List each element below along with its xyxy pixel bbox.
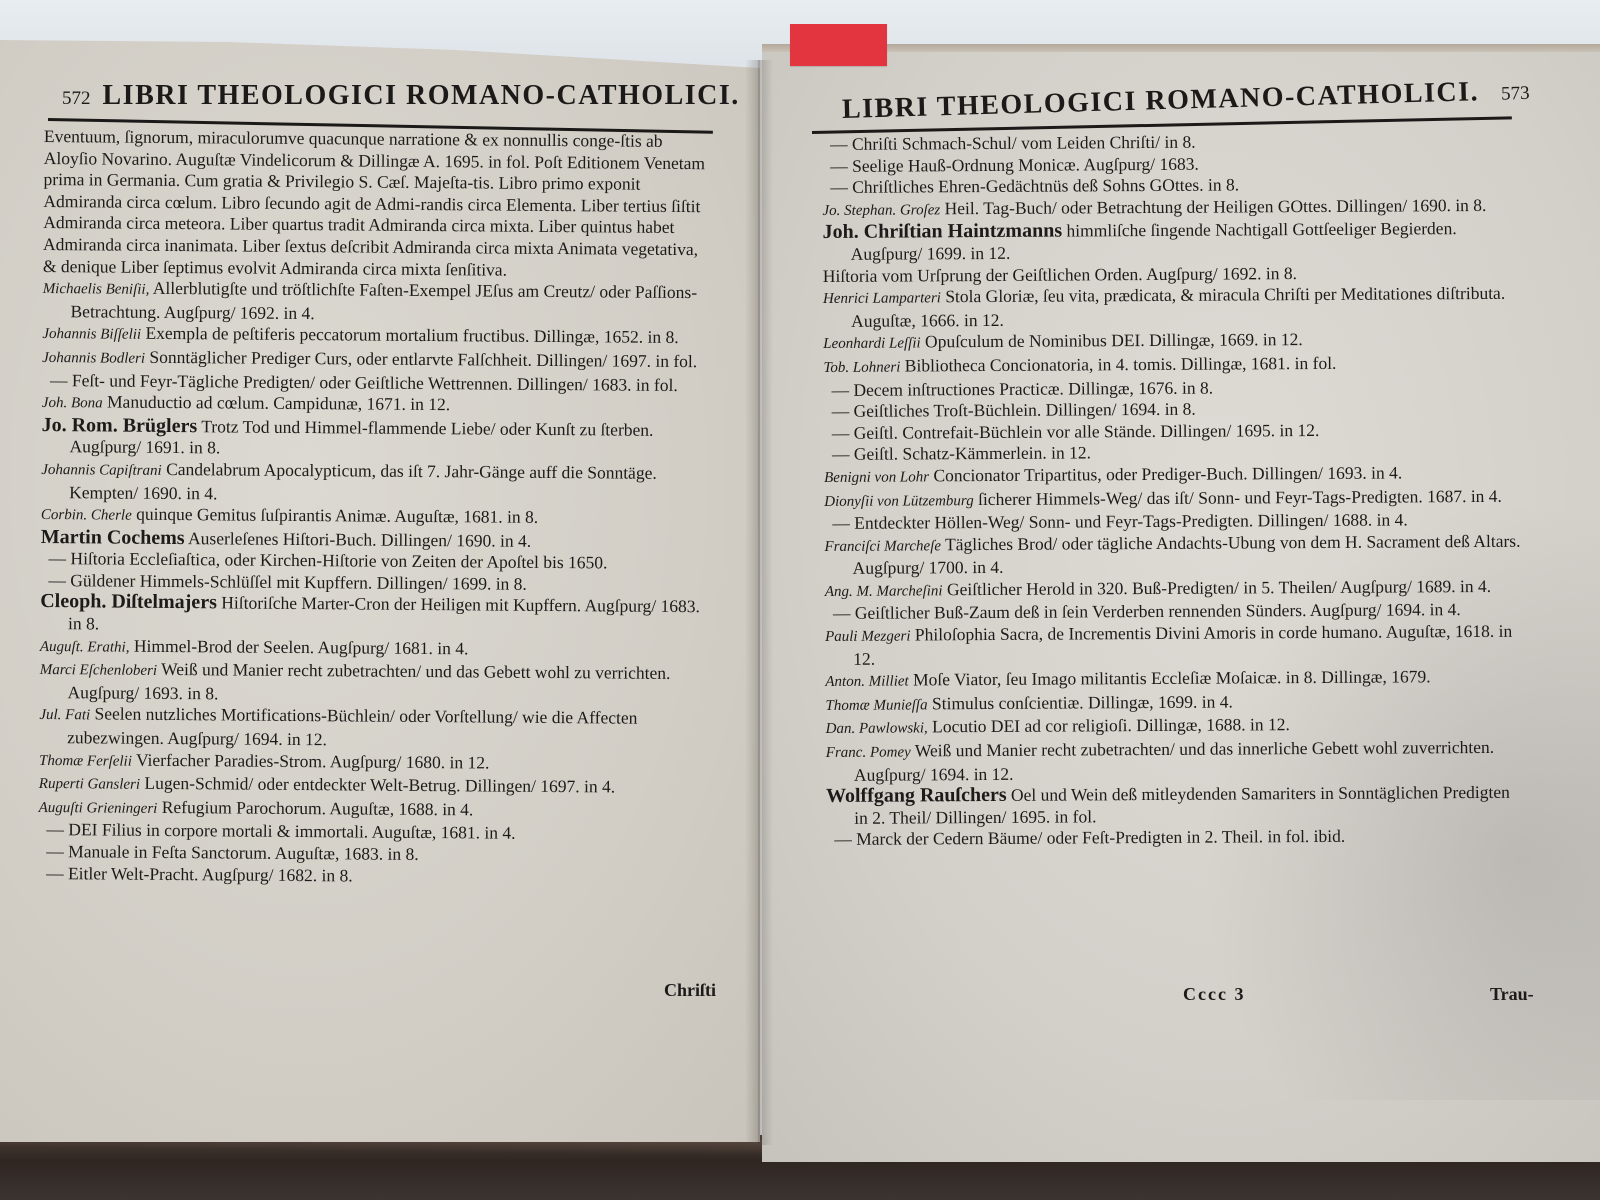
catalog-entry: Joh. Chriſtian Haintzmanns himmliſche ſi…: [823, 218, 1523, 265]
catalog-entry: Franciſci Marcheſe Tägliches Brod/ oder …: [824, 530, 1524, 579]
entry-author: Joh. Bona: [42, 395, 103, 411]
entry-author: Auguſti Grieningeri: [39, 800, 158, 817]
catalog-entry: Cleoph. Diſtelmajers Hiſtoriſche Marter-…: [40, 591, 710, 639]
catalog-entry: Michaelis Beniſii, Allerblutigſte und tr…: [42, 277, 712, 327]
entry-author: Auguſt. Erathi,: [40, 639, 130, 656]
entry-author: Henrici Lamparteri: [823, 290, 941, 307]
entry-title: Stola Gloriæ, ſeu vita, prædicata, & mir…: [851, 283, 1505, 331]
entry-author: Joh. Chriſtian Haintzmanns: [823, 220, 1063, 243]
signature-mark: Cccc 3: [1183, 984, 1245, 1005]
entry-title: Geiſtl. Schatz-Kämmerlein. in 12.: [854, 443, 1091, 464]
entry-author: Tob. Lohneri: [823, 359, 900, 375]
entry-author: Cleoph. Diſtelmajers: [40, 590, 217, 613]
entry-title: Weiß und Manier recht zubetrachten/ und …: [854, 737, 1494, 785]
entry-title: Eventuum, ſignorum, miraculorumve quacun…: [43, 126, 714, 282]
entry-title: Eitler Welt-Pracht. Augſpurg/ 1682. in 8…: [68, 863, 353, 885]
catalog-entry: Franc. Pomey Weiß und Manier recht zubet…: [826, 737, 1526, 786]
entry-title: Sonntäglicher Prediger Curs, oder entlar…: [149, 347, 697, 371]
entry-author: Ang. M. Marcheſini: [825, 583, 943, 600]
entry-author: Dionyſii von Lützemburg: [824, 493, 974, 510]
book-gutter: [745, 60, 773, 1145]
entry-author: Johannis Bodleri: [42, 350, 145, 367]
entry-title: Vierfacher Paradies-Strom. Augſpurg/ 168…: [136, 749, 490, 772]
entry-author: Corbin. Cherle: [41, 507, 132, 524]
entry-title: Bibliotheca Concionatoria, in 4. tomis. …: [905, 353, 1337, 376]
entry-title: Allerblutigſte und tröſtlichſte Faſten-E…: [70, 278, 697, 323]
entry-author: Benigni von Lohr: [824, 469, 929, 486]
entry-author: Wolffgang Rauſchers: [826, 784, 1007, 807]
entry-author: Marci Eſchenloberi: [40, 662, 157, 679]
entry-author: Jo. Rom. Brüglers: [42, 414, 198, 437]
entry-author: Franciſci Marcheſe: [824, 538, 941, 555]
entry-title: Decem inſtructiones Practicæ. Dillingæ, …: [853, 377, 1213, 399]
entry-author: Pauli Mezgeri: [825, 629, 911, 646]
catalog-sub-entry: Marck der Cedern Bäume/ oder Feſt-Predig…: [826, 825, 1526, 851]
entry-author: Michaelis Beniſii,: [43, 281, 150, 298]
entry-author: Martin Cochems: [41, 526, 185, 549]
catalog-entry: Jo. Rom. Brüglers Trotz Tod und Himmel-f…: [41, 415, 711, 463]
entry-title: Manuale in Feſta Sanctorum. Auguſtæ, 168…: [68, 841, 419, 864]
entry-title: Philoſophia Sacra, de Incrementis Divini…: [853, 621, 1512, 669]
entry-title: Auserleſenes Hiſtori-Buch. Dillingen/ 16…: [188, 528, 531, 551]
entry-title: DEI Filius in corpore mortali & immortal…: [68, 820, 515, 844]
entry-author: Dan. Pawlowski,: [826, 721, 928, 738]
entry-title: Weiß und Manier recht zubetrachten/ und …: [67, 659, 670, 703]
catalog-entry: Jul. Fati Seelen nutzliches Mortificatio…: [39, 703, 709, 753]
catalog-entry: Henrici Lamparteri Stola Gloriæ, ſeu vit…: [823, 283, 1523, 332]
entry-title: Heil. Tag-Buch/ oder Betrachtung der Hei…: [945, 195, 1487, 218]
right-page-text: Chriſti Schmach-Schul/ vom Leiden Chriſt…: [822, 130, 1526, 851]
left-page-text: Eventuum, ſignorum, miraculorumve quacun…: [38, 126, 714, 889]
entry-author: Anton. Milliet: [825, 674, 908, 691]
entry-title: Feſt- und Feyr-Tägliche Predigten/ oder …: [72, 370, 678, 395]
entry-title: Chriſtliches Ehren-Gedächtnüs deß Sohns …: [852, 175, 1239, 197]
entry-author: Thomæ Munieſſa: [825, 697, 927, 714]
entry-title: Seelen nutzliches Mortifications-Büchlei…: [67, 704, 637, 749]
entry-title: Manuductio ad cœlum. Campidunæ, 1671. in…: [107, 392, 450, 415]
entry-author: Johannis Capiſtrani: [41, 462, 162, 479]
entry-author: Leonhardi Leſſii: [823, 336, 920, 353]
entry-title: Geiſtliches Troſt-Büchlein. Dillingen/ 1…: [854, 399, 1196, 421]
entry-title: Tägliches Brod/ oder tägliche Andachts-U…: [853, 530, 1521, 578]
entry-title: Geiſtl. Contrefait-Büchlein vor alle Stä…: [854, 420, 1320, 443]
entry-author: Ruperti Gansleri: [39, 776, 140, 793]
entry-title: Opuſculum de Nominibus DEI. Dillingæ, 16…: [925, 329, 1303, 351]
entry-title: Chriſti Schmach-Schul/ vom Leiden Chriſt…: [852, 132, 1196, 154]
entry-author: Johannis Biſſelii: [42, 326, 141, 343]
entry-author: Thomæ Ferſelii: [39, 753, 132, 770]
catchword-right: Trau-: [1490, 984, 1534, 1005]
entry-title: ſicherer Himmels-Weg/ das iſt/ Sonn- und…: [978, 485, 1502, 508]
page-number-right: 573: [1501, 83, 1530, 106]
entry-title: quinque Gemitus ſuſpirantis Animæ. Auguſ…: [136, 504, 538, 527]
left-running-head: 572 LIBRI THEOLOGICI ROMANO-CATHOLICI.: [62, 80, 740, 112]
entry-title: Concionator Tripartitus, oder Prediger-B…: [933, 462, 1402, 485]
running-head-title-left: LIBRI THEOLOGICI ROMANO-CATHOLICI.: [103, 80, 740, 112]
entry-title: Himmel-Brod der Seelen. Augſpurg/ 1681. …: [134, 635, 469, 658]
catalog-entry: Wolffgang Rauſchers Oel und Wein deß mit…: [826, 782, 1526, 829]
catalog-entry: Johannis Capiſtrani Candelabrum Apocalyp…: [41, 458, 711, 508]
catalog-entry: Marci Eſchenloberi Weiß und Manier recht…: [39, 658, 709, 708]
red-bookmark-tab[interactable]: [790, 24, 887, 66]
entry-author: Jo. Stephan. Groſez: [822, 202, 940, 219]
entry-title: Locutio DEI ad cor religioſi. Dillingæ, …: [932, 715, 1290, 737]
entry-title: Hiſtoria vom Urſprung der Geiſtlichen Or…: [823, 263, 1297, 286]
entry-title: Marck der Cedern Bäume/ oder Feſt-Predig…: [856, 826, 1345, 849]
entry-title: Lugen-Schmid/ oder entdeckter Welt-Betru…: [144, 773, 615, 797]
entry-title: Hiſtoria Eccleſiaſtica, oder Kirchen-Hiſ…: [70, 549, 607, 573]
catchword-left: Chriſti: [664, 980, 716, 1001]
entry-title: Güldener Himmels-Schlüſſel mit Kupffern.…: [70, 570, 527, 594]
catalog-entry: Pauli Mezgeri Philoſophia Sacra, de Incr…: [825, 621, 1525, 670]
entry-title: Seelige Hauß-Ordnung Monicæ. Augſpurg/ 1…: [852, 153, 1199, 175]
entry-title: Geiſtlicher Herold in 320. Buß-Predigten…: [947, 576, 1491, 599]
entry-title: Geiſtlicher Buß-Zaum deß in ſein Verderb…: [855, 600, 1461, 624]
entry-author: Jul. Fati: [39, 707, 90, 723]
catalog-entry: Dionyſii von Lützemburg ſicherer Himmels…: [824, 485, 1524, 513]
catalog-entry: Anton. Milliet Moſe Viator, ſeu Imago mi…: [825, 666, 1525, 694]
entry-title: Exempla de peſtiferis peccatorum mortali…: [145, 323, 678, 347]
entry-title: Entdeckter Höllen-Weg/ Sonn- und Feyr-Ta…: [854, 510, 1408, 533]
entry-author: Franc. Pomey: [826, 745, 911, 762]
catalog-entry: Eventuum, ſignorum, miraculorumve quacun…: [43, 126, 714, 282]
entry-title: Refugium Parochorum. Auguſtæ, 1688. in 4…: [162, 797, 474, 819]
entry-title: Stimulus conſcientiæ. Dillingæ, 1699. in…: [932, 691, 1233, 713]
page-number-left: 572: [62, 88, 91, 110]
entry-title: Moſe Viator, ſeu Imago militantis Eccleſ…: [913, 667, 1431, 690]
